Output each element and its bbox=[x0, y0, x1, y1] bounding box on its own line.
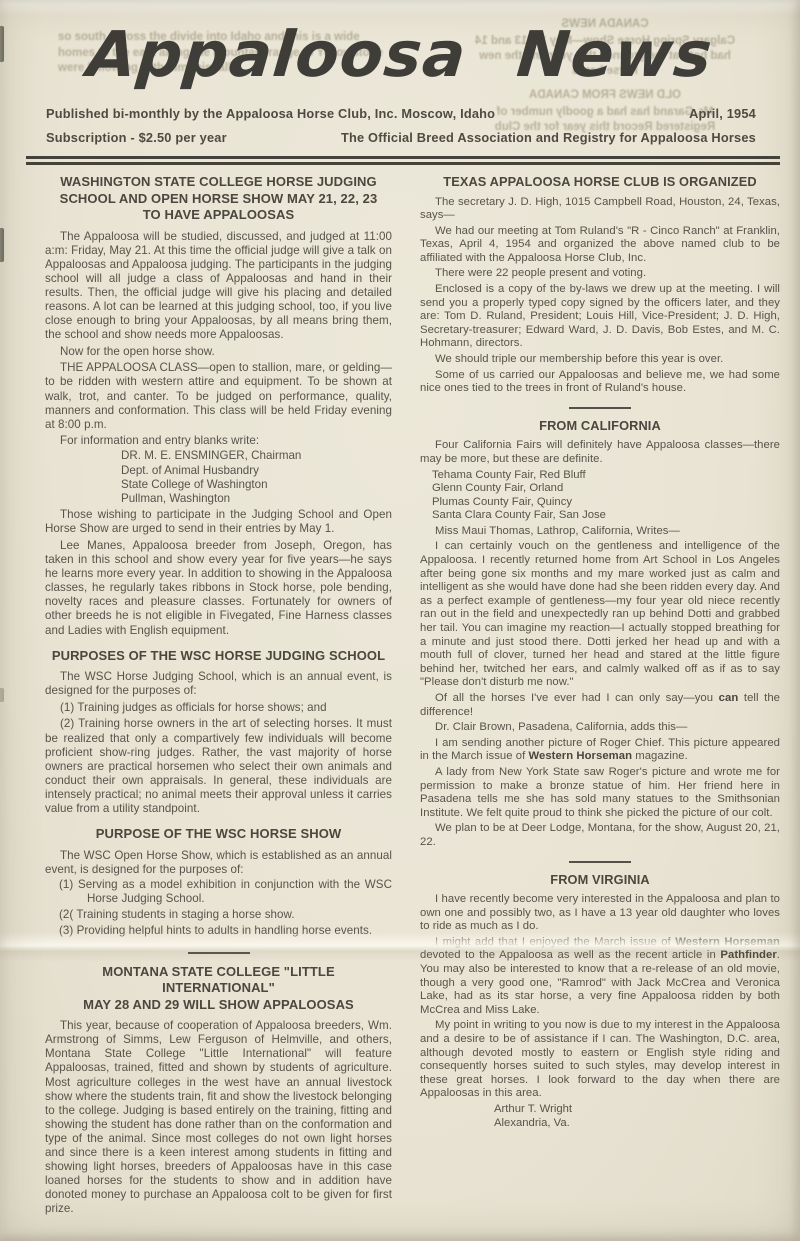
heading-line: PURPOSE OF THE WSC HORSE SHOW bbox=[45, 826, 392, 843]
text-line: DR. M. E. ENSMINGER, Chairman bbox=[121, 449, 392, 463]
section-divider bbox=[188, 952, 250, 954]
paragraph: I have recently become very interested i… bbox=[420, 893, 780, 934]
text-line: Plumas County Fair, Quincy bbox=[432, 496, 780, 510]
paragraph: (2) Training horse owners in the art of … bbox=[45, 717, 392, 816]
paragraph: Those wishing to participate in the Judg… bbox=[45, 508, 392, 536]
paragraph: Lee Manes, Appaloosa breeder from Joseph… bbox=[45, 539, 392, 638]
paragraph: There were 22 people present and voting. bbox=[420, 267, 780, 281]
text-line: Glenn County Fair, Orland bbox=[432, 482, 780, 496]
subscription-line: Subscription - $2.50 per year bbox=[46, 130, 227, 145]
paragraph: We had our meeting at Tom Ruland's "R - … bbox=[420, 225, 780, 266]
masthead: Appaloosa News Published bi-monthly by t… bbox=[0, 22, 800, 165]
newsletter-title: Appaloosa News bbox=[0, 22, 800, 88]
paragraph: THE APPALOOSA CLASS—open to stallion, ma… bbox=[45, 361, 392, 431]
paragraph: The WSC Open Horse Show, which is establ… bbox=[45, 849, 392, 877]
paragraph: I am sending another picture of Roger Ch… bbox=[420, 737, 780, 764]
heading-line: PURPOSES OF THE WSC HORSE JUDGING SCHOOL bbox=[45, 648, 392, 665]
paragraph: (1) Training judges as officials for hor… bbox=[45, 701, 392, 715]
scan-edge-mark bbox=[0, 688, 4, 702]
article-heading: FROM CALIFORNIA bbox=[420, 418, 780, 435]
article-columns: WASHINGTON STATE COLLEGE HORSE JUDGINGSC… bbox=[0, 165, 800, 1216]
paragraph: Miss Maui Thomas, Lathrop, California, W… bbox=[420, 525, 780, 539]
paragraph: Four California Fairs will definitely ha… bbox=[420, 439, 780, 466]
address-block: DR. M. E. ENSMINGER, ChairmanDept. of An… bbox=[121, 449, 392, 505]
heading-line: FROM VIRGINIA bbox=[420, 872, 780, 889]
paragraph: We should triple our membership before t… bbox=[420, 353, 780, 367]
paragraph: For information and entry blanks write: bbox=[45, 434, 392, 448]
paragraph: My point in writing to you now is due to… bbox=[420, 1019, 780, 1101]
right-column: TEXAS APPALOOSA HORSE CLUB IS ORGANIZEDT… bbox=[420, 171, 780, 1216]
text-line: Alexandria, Va. bbox=[494, 1117, 780, 1131]
text-line: Dept. of Animal Husbandry bbox=[121, 464, 392, 478]
section-divider bbox=[569, 861, 631, 863]
paragraph: The WSC Horse Judging School, which is a… bbox=[45, 670, 392, 698]
heading-line: TO HAVE APPALOOSAS bbox=[45, 207, 392, 224]
article-heading: PURPOSE OF THE WSC HORSE SHOW bbox=[45, 826, 392, 843]
article-heading: MONTANA STATE COLLEGE "LITTLE INTERNATIO… bbox=[45, 964, 392, 1014]
masthead-double-rule bbox=[26, 156, 780, 165]
paragraph: Some of us carried our Appaloosas and be… bbox=[420, 369, 780, 396]
article-heading: FROM VIRGINIA bbox=[420, 872, 780, 889]
list-item: (1) Serving as a model exhibition in con… bbox=[45, 878, 392, 906]
fold-crease-top bbox=[0, 0, 800, 16]
signature-block: Arthur T. WrightAlexandria, Va. bbox=[494, 1103, 780, 1130]
paragraph: The Appaloosa will be studied, discussed… bbox=[45, 230, 392, 343]
paragraph: Enclosed is a copy of the by-laws we dre… bbox=[420, 283, 780, 351]
heading-line: MAY 28 AND 29 WILL SHOW APPALOOSAS bbox=[45, 997, 392, 1014]
heading-line: MONTANA STATE COLLEGE "LITTLE INTERNATIO… bbox=[45, 964, 392, 997]
paragraph: I might add that I enjoyed the March iss… bbox=[420, 936, 780, 1018]
paragraph: Dr. Clair Brown, Pasadena, California, a… bbox=[420, 721, 780, 735]
heading-line: TEXAS APPALOOSA HORSE CLUB IS ORGANIZED bbox=[420, 174, 780, 191]
section-divider bbox=[569, 407, 631, 409]
article-heading: PURPOSES OF THE WSC HORSE JUDGING SCHOOL bbox=[45, 648, 392, 665]
heading-line: SCHOOL AND OPEN HORSE SHOW MAY 21, 22, 2… bbox=[45, 191, 392, 208]
fair-list: Tehama County Fair, Red BluffGlenn Count… bbox=[432, 469, 780, 523]
official-line: The Official Breed Association and Regis… bbox=[341, 130, 756, 145]
left-column: WASHINGTON STATE COLLEGE HORSE JUDGINGSC… bbox=[45, 171, 392, 1216]
text-line: Arthur T. Wright bbox=[494, 1103, 780, 1117]
list-item: (2( Training students in staging a horse… bbox=[45, 908, 392, 922]
paragraph: We plan to be at Deer Lodge, Montana, fo… bbox=[420, 822, 780, 849]
published-line: Published bi-monthly by the Appaloosa Ho… bbox=[46, 106, 495, 121]
paragraph: Of all the horses I've ever had I can on… bbox=[420, 692, 780, 719]
heading-line: FROM CALIFORNIA bbox=[420, 418, 780, 435]
list-item: (3) Providing helpful hints to adults in… bbox=[45, 924, 392, 938]
text-line: State College of Washington bbox=[121, 478, 392, 492]
scan-edge-mark bbox=[0, 26, 4, 62]
paragraph: Now for the open horse show. bbox=[45, 345, 392, 359]
paragraph: The secretary J. D. High, 1015 Campbell … bbox=[420, 196, 780, 223]
article-heading: TEXAS APPALOOSA HORSE CLUB IS ORGANIZED bbox=[420, 174, 780, 191]
paragraph: I can certainly vouch on the gentleness … bbox=[420, 540, 780, 690]
publication-info: Published bi-monthly by the Appaloosa Ho… bbox=[0, 106, 800, 145]
text-line: Santa Clara County Fair, San Jose bbox=[432, 509, 780, 523]
scan-edge-mark bbox=[0, 228, 4, 262]
heading-line: WASHINGTON STATE COLLEGE HORSE JUDGING bbox=[45, 174, 392, 191]
text-line: Pullman, Washington bbox=[121, 492, 392, 506]
paragraph: A lady from New York State saw Roger's p… bbox=[420, 766, 780, 820]
article-heading: WASHINGTON STATE COLLEGE HORSE JUDGINGSC… bbox=[45, 174, 392, 224]
text-line: Tehama County Fair, Red Bluff bbox=[432, 469, 780, 483]
issue-date: April, 1954 bbox=[689, 106, 756, 121]
paragraph: This year, because of cooperation of App… bbox=[45, 1019, 392, 1216]
